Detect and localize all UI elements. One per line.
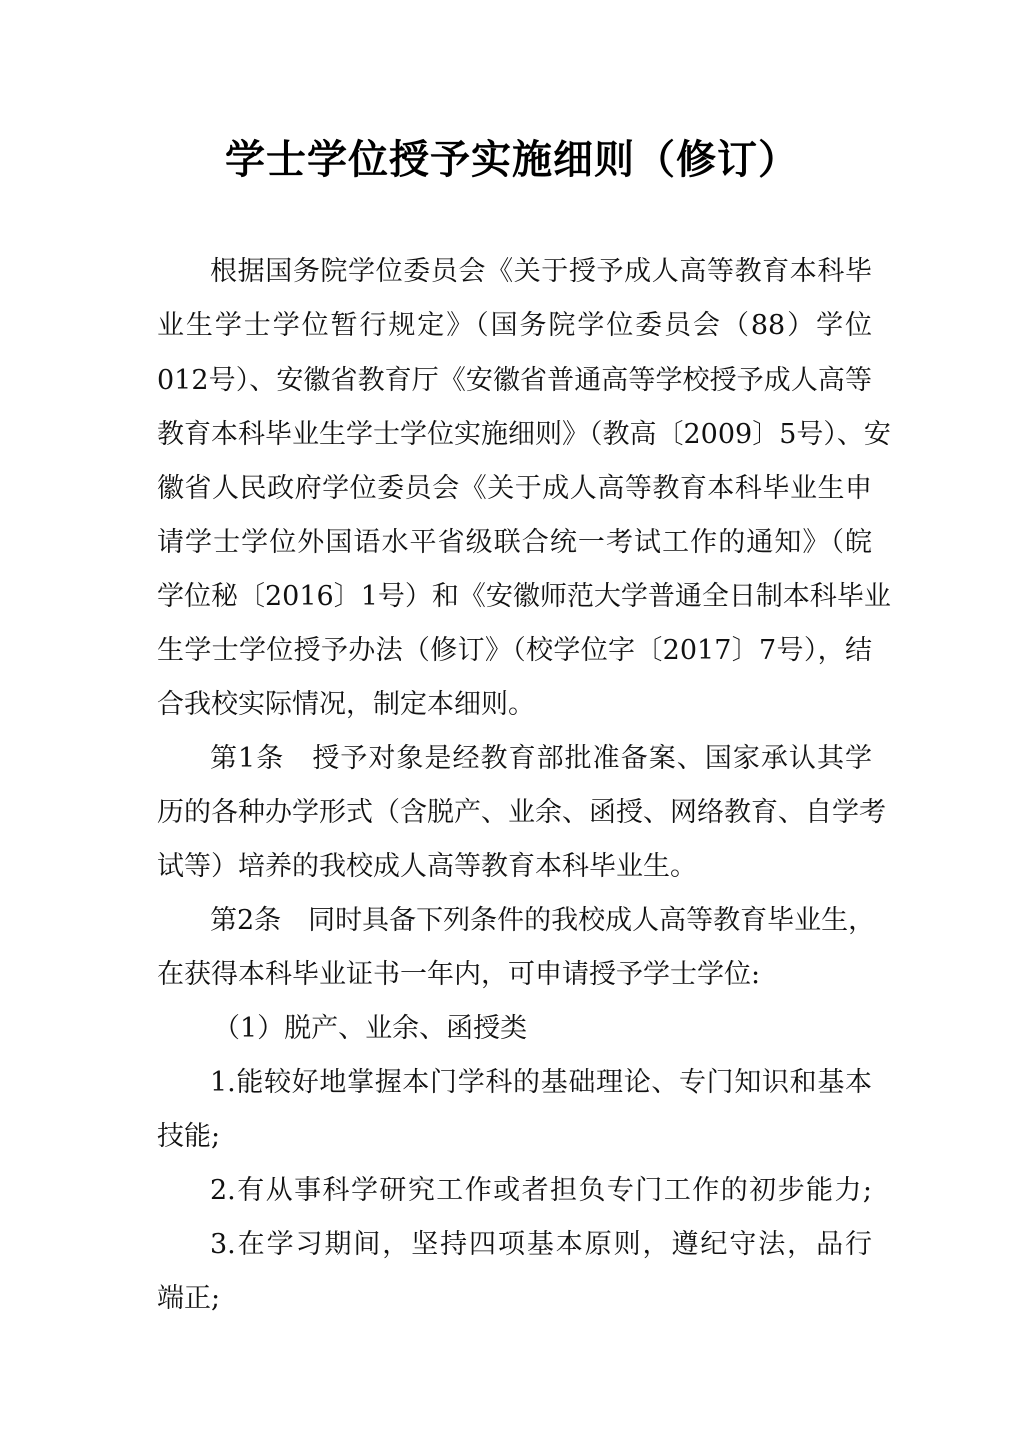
article-1-line-1: 第1条 授予对象是经教育部批准备案、国家承认其学: [210, 739, 872, 779]
article-2-line-1: 第2条 同时具备下列条件的我校成人高等教育毕业生，: [210, 901, 872, 941]
preamble-line-8: 生学士学位授予办法（修订》（校学位字〔2017〕7号），结: [157, 631, 872, 671]
preamble-line-4: 教育本科毕业生学士学位实施细则》（教高〔2009〕5号）、安: [157, 415, 872, 455]
condition-1-line-1: 1.能较好地掌握本门学科的基础理论、专门知识和基本: [210, 1063, 872, 1103]
preamble-line-3: 012号）、安徽省教育厅《安徽省普通高等学校授予成人高等: [157, 361, 872, 401]
preamble-line-6: 请学士学位外国语水平省级联合统一考试工作的通知》（皖: [157, 523, 872, 563]
article-1-line-3: 试等）培养的我校成人高等教育本科毕业生。: [157, 847, 872, 887]
condition-3-line-2: 端正;: [157, 1279, 872, 1319]
condition-1-line-2: 技能;: [157, 1117, 872, 1157]
document-page: 学士学位授予实施细则（修订） 根据国务院学位委员会《关于授予成人高等教育本科毕 …: [0, 0, 1024, 1449]
preamble-line-7: 学位秘〔2016〕1号）和《安徽师范大学普通全日制本科毕业: [157, 577, 872, 617]
category-heading: （1）脱产、业余、函授类: [213, 1009, 928, 1049]
article-1-line-2: 历的各种办学形式（含脱产、业余、函授、网络教育、自学考: [157, 793, 872, 833]
condition-2-line-1: 2.有从事科学研究工作或者担负专门工作的初步能力;: [210, 1171, 872, 1211]
preamble-line-1: 根据国务院学位委员会《关于授予成人高等教育本科毕: [210, 252, 872, 292]
article-2-line-2: 在获得本科毕业证书一年内，可申请授予学士学位:: [157, 955, 872, 995]
preamble-line-2: 业生学士学位暂行规定》（国务院学位委员会（88）学位: [157, 306, 872, 346]
document-title: 学士学位授予实施细则（修订）: [0, 132, 1024, 188]
preamble-line-5: 徽省人民政府学位委员会《关于成人高等教育本科毕业生申: [157, 469, 872, 509]
preamble-line-9: 合我校实际情况，制定本细则。: [157, 685, 872, 725]
condition-3-line-1: 3.在学习期间，坚持四项基本原则，遵纪守法，品行: [210, 1225, 872, 1265]
